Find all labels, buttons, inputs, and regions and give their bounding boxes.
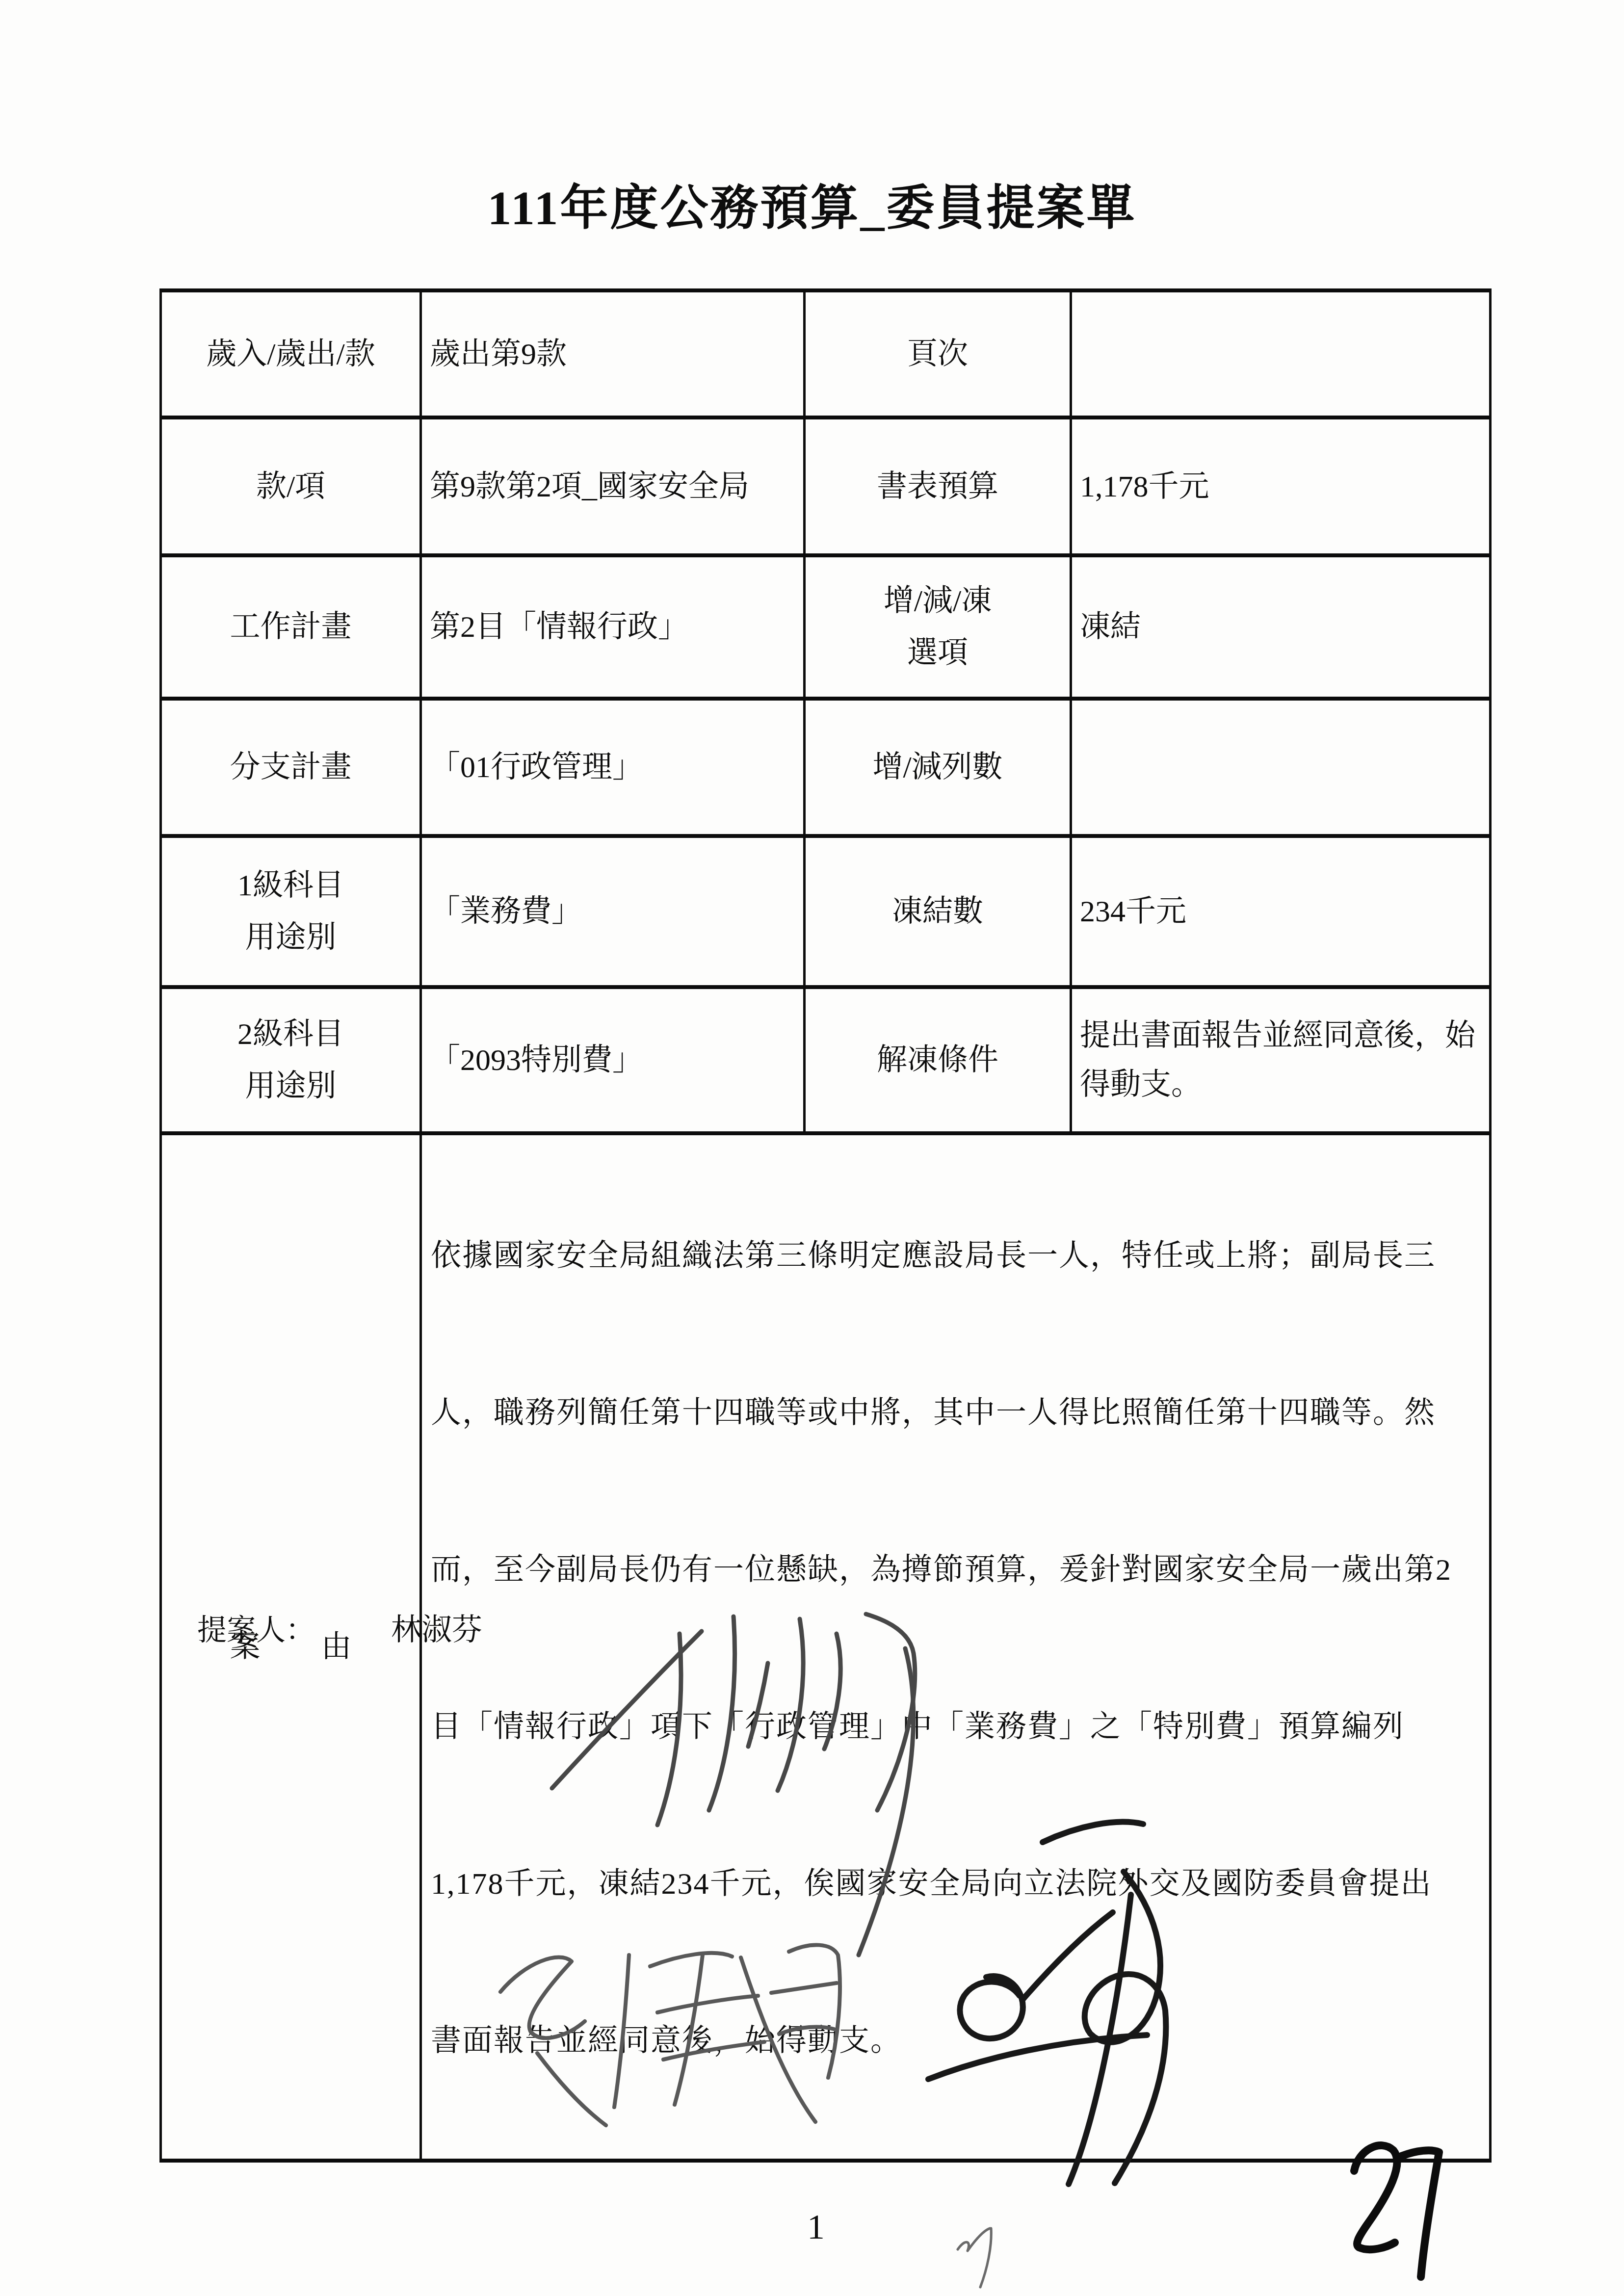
field-value-work-plan: 第2目「情報行政」 <box>421 555 805 699</box>
case-line: 目「情報行政」項下「行政管理」中「業務費」之「特別費」預算編列 <box>431 1688 1483 1766</box>
table-row: 分支計畫 「01行政管理」 增/減列數 <box>161 699 1491 836</box>
field-label-frozen-amount: 凍結數 <box>805 836 1071 987</box>
page-title: 111年度公務預算_委員提案單 <box>0 183 1624 235</box>
field-label-work-plan: 工作計畫 <box>161 555 421 699</box>
case-line: 書面報告並經同意後，始得動支。 <box>431 2002 1483 2080</box>
field-label-level2-subject: 2級科目 用途別 <box>161 987 421 1133</box>
field-label-book-budget: 書表預算 <box>805 417 1071 555</box>
field-label-page-index: 頁次 <box>805 290 1071 417</box>
field-label-item: 款/項 <box>161 417 421 555</box>
table-row: 歲入/歲出/款 歲出第9款 頁次 <box>161 290 1491 417</box>
table-row: 2級科目 用途別 「2093特別費」 解凍條件 提出書面報告並經同意後，始得動支… <box>161 987 1491 1133</box>
field-value-frozen-amount: 234千元 <box>1071 836 1491 987</box>
table-row: 1級科目 用途別 「業務費」 凍結數 234千元 <box>161 836 1491 987</box>
field-value-adjust-amount <box>1071 699 1491 836</box>
proposer-name: 林淑芬 <box>391 1614 482 1647</box>
field-label-level1-subject: 1級科目 用途別 <box>161 836 421 987</box>
table-row: 工作計畫 第2目「情報行政」 增/減/凍 選項 凍結 <box>161 555 1491 699</box>
handwritten-mark <box>958 2228 991 2287</box>
field-label-option: 增/減/凍 選項 <box>805 555 1071 699</box>
field-value-branch-plan: 「01行政管理」 <box>421 699 805 836</box>
field-label-adjust-amount: 增/減列數 <box>805 699 1071 836</box>
case-reason-text: 依據國家安全局組織法第三條明定應設局長一人，特任或上將；副局長三 人，職務列簡任… <box>421 1133 1491 2161</box>
field-label-branch-plan: 分支計畫 <box>161 699 421 836</box>
scanned-proposal-form: 111年度公務預算_委員提案單 歲入/歲出/款 歲出第9款 頁次 款/項 第9款… <box>0 0 1624 2296</box>
field-value-page-index <box>1071 290 1491 417</box>
field-value-unfreeze-condition: 提出書面報告並經同意後，始得動支。 <box>1071 987 1491 1133</box>
field-label-unfreeze-condition: 解凍條件 <box>805 987 1071 1133</box>
case-line: 而，至今副局長仍有一位懸缺，為撙節預算，爰針對國家安全局一歲出第2 <box>431 1531 1483 1609</box>
field-value-level2-subject: 「2093特別費」 <box>421 987 805 1133</box>
field-value-level1-subject: 「業務費」 <box>421 836 805 987</box>
case-line: 依據國家安全局組織法第三條明定應設局長一人，特任或上將；副局長三 <box>431 1217 1483 1295</box>
proposer-label: 提案人： <box>197 1614 315 1646</box>
field-value-option: 凍結 <box>1071 555 1491 699</box>
printed-page-number: 1 <box>807 2207 825 2247</box>
field-value-item: 第9款第2項_國家安全局 <box>421 417 805 555</box>
proposer-row: 提案人：林淑芬 <box>197 1605 482 1649</box>
field-value-expenditure-item: 歲出第9款 <box>421 290 805 417</box>
case-line: 人，職務列簡任第十四職等或中將，其中一人得比照簡任第十四職等。然 <box>431 1374 1483 1452</box>
case-line: 1,178千元，凍結234千元，俟國家安全局向立法院外交及國防委員會提出 <box>431 1845 1483 1923</box>
proposal-table: 歲入/歲出/款 歲出第9款 頁次 款/項 第9款第2項_國家安全局 書表預算 1… <box>159 288 1492 2163</box>
field-value-book-budget: 1,178千元 <box>1071 417 1491 555</box>
handwritten-page-number <box>1354 2145 1439 2277</box>
field-label-revenue-expenditure: 歲入/歲出/款 <box>161 290 421 417</box>
table-row: 款/項 第9款第2項_國家安全局 書表預算 1,178千元 <box>161 417 1491 555</box>
